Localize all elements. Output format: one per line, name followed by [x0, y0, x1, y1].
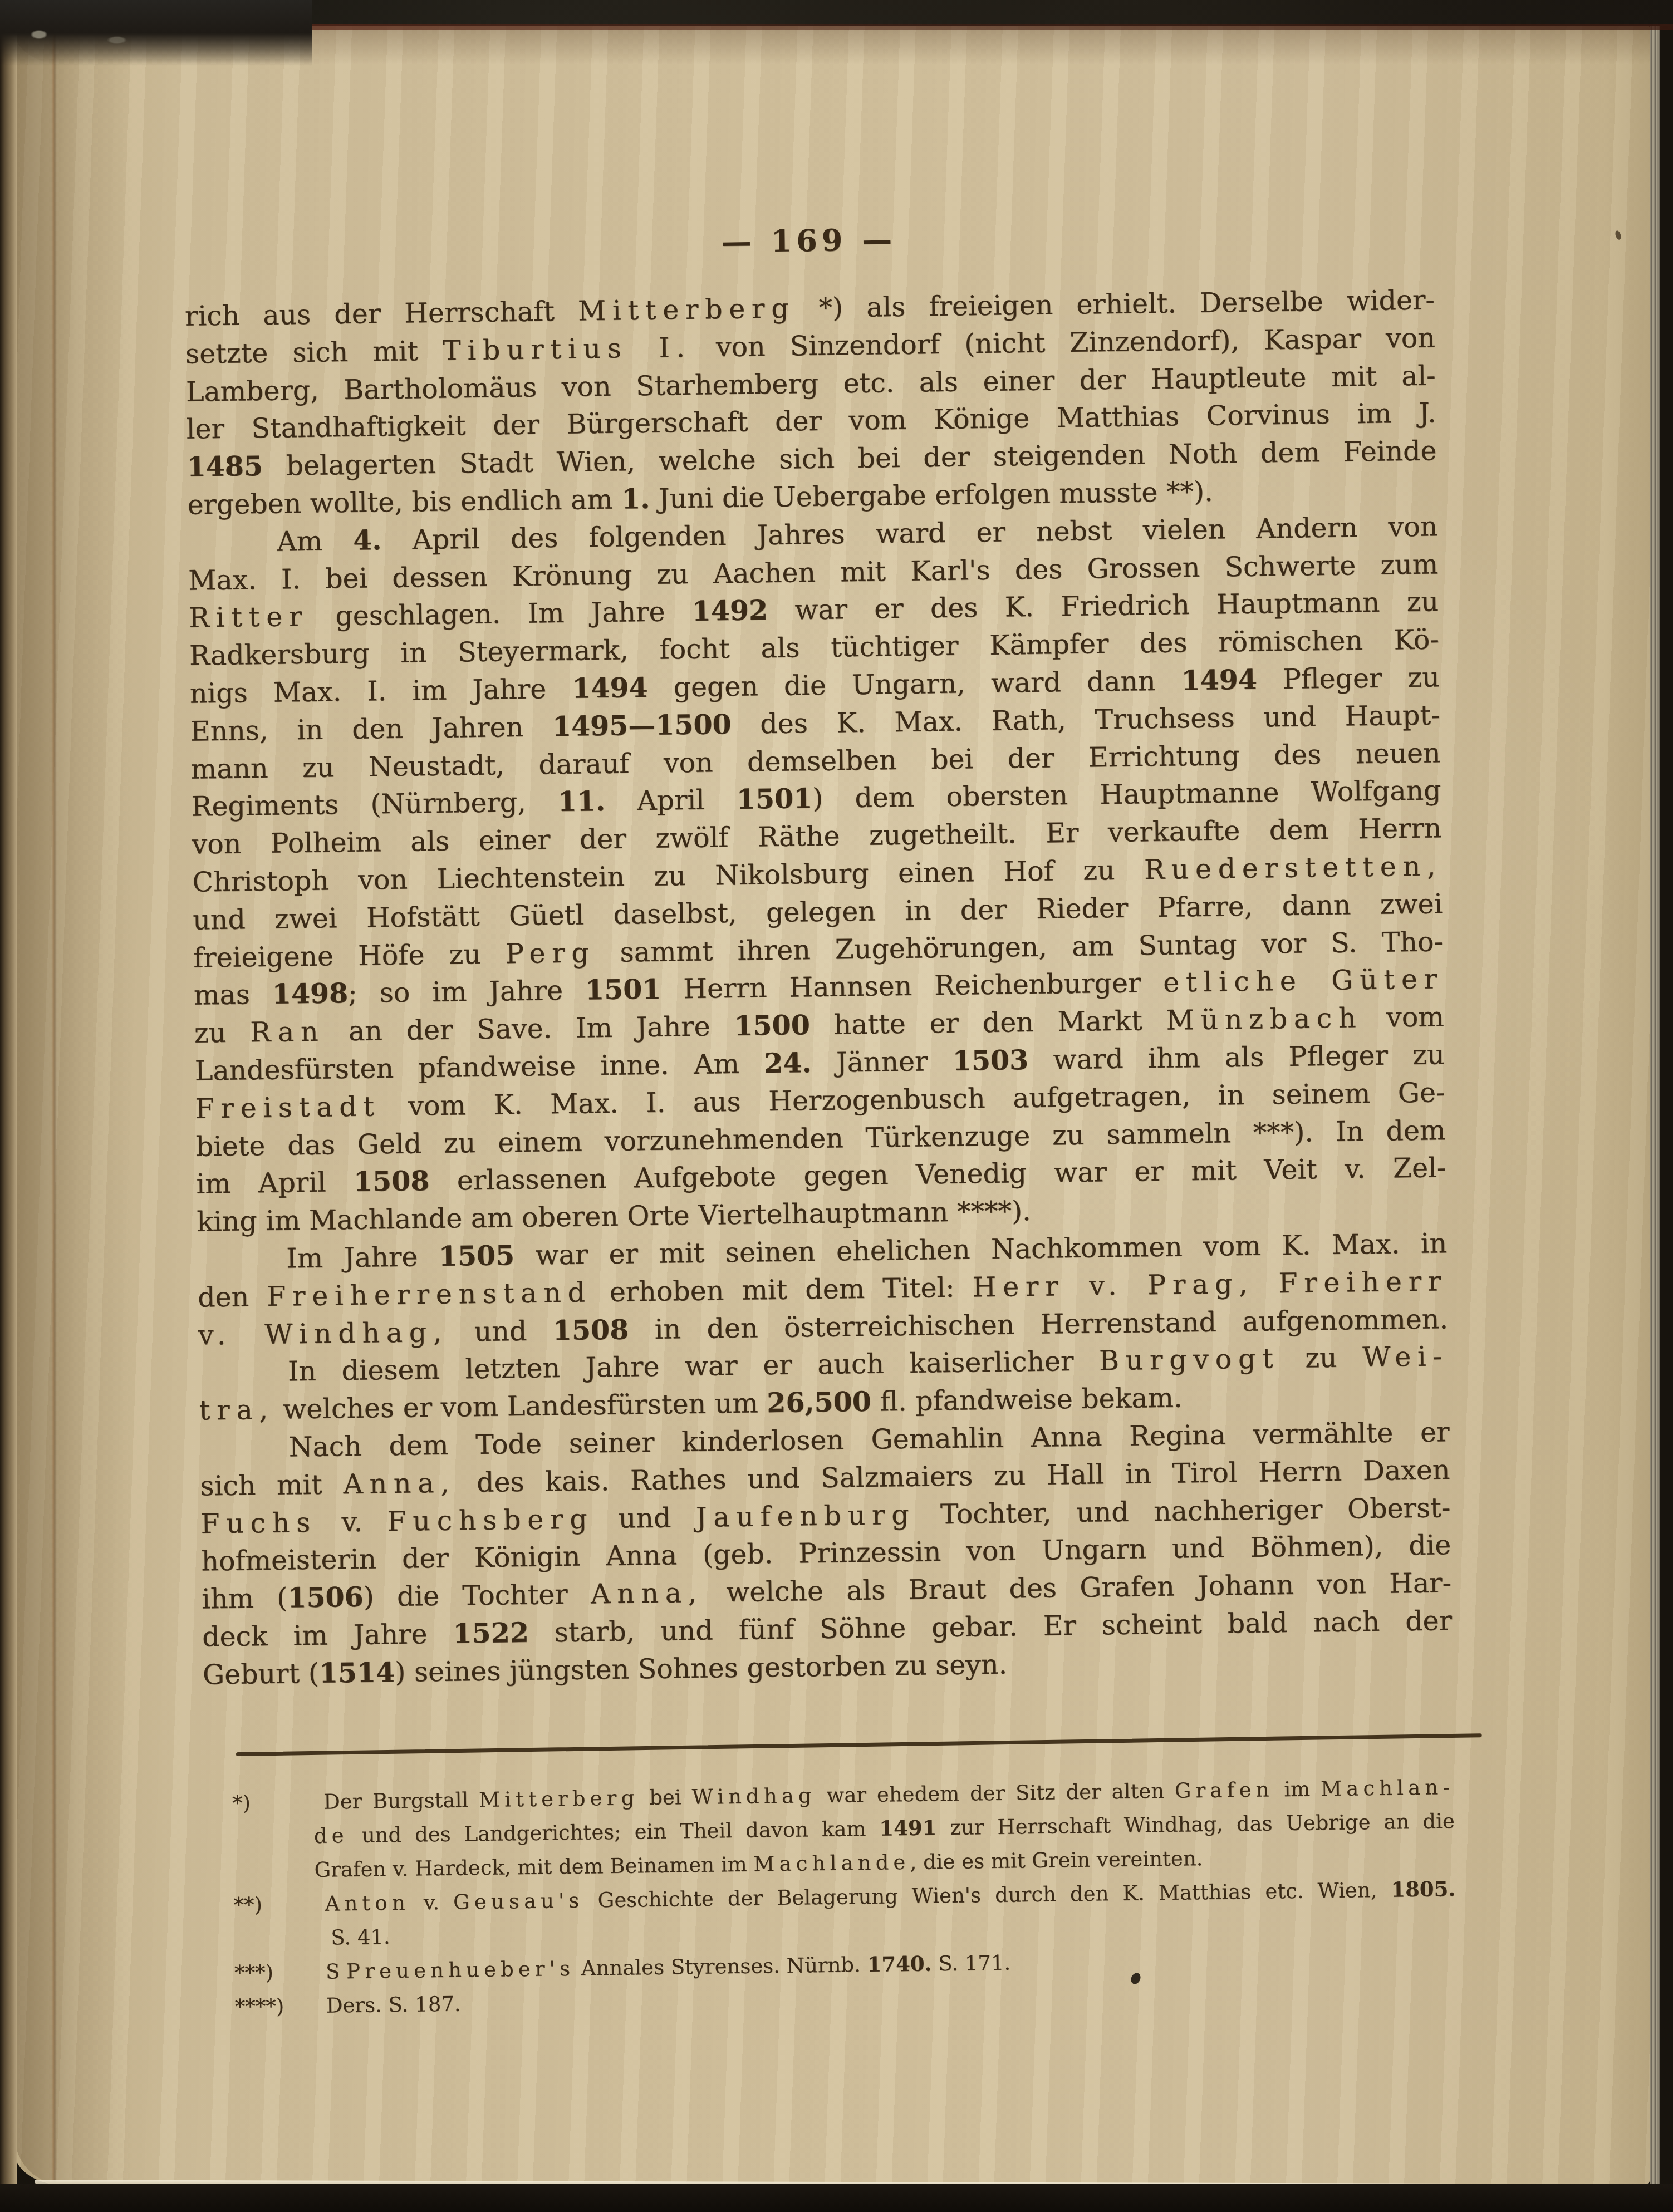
text-run: zur Herrschaft Windhag, das Uebrige an d…: [936, 1810, 1455, 1840]
bold-number: 1485: [187, 450, 263, 483]
letterspaced-text: de: [314, 1824, 349, 1849]
text-run: rich aus der Herrschaft: [185, 296, 578, 332]
letterspaced-text: Anton: [325, 1891, 410, 1916]
gutter-crease: [51, 29, 57, 2182]
text-run: v.: [409, 1890, 453, 1915]
letterspaced-text: Anna,: [343, 1467, 456, 1500]
text-run: ihm (: [202, 1582, 288, 1615]
text-run: sich mit: [200, 1468, 344, 1502]
text-run: und: [448, 1315, 553, 1348]
bold-number: 1501: [585, 973, 661, 1006]
book-scan-page: — 169 — rich aus der Herrschaft Mitterbe…: [0, 0, 1673, 2212]
text-run: Der Burgstall: [323, 1788, 479, 1815]
text-run: April: [605, 784, 737, 817]
text-run: Regiments (Nürnberg,: [191, 786, 558, 823]
text-run: zu: [1279, 1342, 1362, 1375]
bold-number: 1805.: [1391, 1877, 1455, 1903]
text-run: Im Jahre: [286, 1241, 439, 1275]
bold-number: 1494: [1181, 663, 1257, 697]
footnotes: *)Der Burgstall Mitterberg bei Windhag w…: [204, 1771, 1457, 2024]
text-run: Pfleger zu: [1257, 661, 1440, 695]
text-run: ) die Tochter: [363, 1579, 591, 1613]
text-run: im April: [196, 1166, 354, 1200]
bold-number: 1503: [952, 1044, 1028, 1077]
text-run: ) dem obersten Hauptmanne Wolfgang: [812, 775, 1441, 815]
bold-number: 1492: [691, 594, 768, 627]
text-run: ; so im Jahre: [348, 975, 586, 1010]
bold-number: 26,500: [767, 1385, 871, 1419]
letterspaced-text: Ruederstetten,: [1144, 850, 1443, 886]
text-run: S. 41.: [331, 1925, 390, 1950]
text-run: Tochter, und nachheriger Oberst-: [915, 1492, 1451, 1531]
text-run: war er des K. Friedrich Hauptmann zu: [768, 586, 1439, 627]
page-number: — 169 —: [184, 214, 1434, 266]
text-run: ergeben wollte, bis endlich am: [187, 484, 621, 521]
text-run: Grafen v. Hardeck, mit dem Beinamen im: [314, 1852, 753, 1882]
letterspaced-text: Tiburtius I.: [443, 332, 692, 367]
text-run: mas: [194, 979, 272, 1011]
text-run: den: [198, 1281, 267, 1314]
text-run: und: [593, 1501, 696, 1534]
bold-number: 4.: [353, 524, 382, 557]
footnote-rule: [236, 1734, 1482, 1757]
text-run: ) seines jüngsten Sohnes gestorben zu se…: [395, 1648, 1008, 1688]
footnote-marker: ***): [234, 1955, 318, 1990]
text-run: und des Landgerichtes; ein Theil davon k…: [348, 1817, 879, 1847]
letterspaced-text: Geusau's: [453, 1889, 584, 1914]
bold-number: 1491: [879, 1816, 937, 1841]
text-run: war ehedem der Sitz der alten: [816, 1779, 1175, 1807]
text-run: fl. pfandweise bekam.: [871, 1382, 1183, 1418]
letterspaced-text: Windhag: [691, 1784, 816, 1810]
letterspaced-text: Herr v. Prag, Freiherr: [972, 1265, 1448, 1303]
letterspaced-text: Fuchs: [200, 1506, 317, 1540]
bold-number: 1495—1500: [552, 708, 732, 743]
bold-number: 1500: [734, 1009, 810, 1042]
text-run: Annales Styrenses. Nürnb.: [575, 1953, 867, 1980]
text-run: *) als freieigen erhielt. Derselbe wider…: [795, 284, 1435, 324]
text-run: welches er vom Landesfürsten um: [274, 1387, 767, 1425]
page-fore-edge-right: [1650, 22, 1660, 2186]
letterspaced-text: tra,: [199, 1394, 274, 1427]
letterspaced-text: Machlande: [753, 1850, 910, 1876]
text-run: S. 171.: [931, 1951, 1010, 1976]
text-run: hatte er den Markt: [809, 1005, 1166, 1041]
bold-number: 1522: [453, 1616, 529, 1650]
text-run: gegen die Ungarn, ward dann: [647, 665, 1181, 704]
page-content: — 169 — rich aus der Herrschaft Mitterbe…: [181, 16, 1457, 2024]
text-run: vom: [1362, 1001, 1444, 1034]
letterspaced-text: Preuenhueber's: [346, 1957, 575, 1983]
letterspaced-text: Fuchsberg: [387, 1503, 593, 1537]
letterspaced-text: Ran: [250, 1016, 325, 1049]
body-text: rich aus der Herrschaft Mitterberg *) al…: [185, 281, 1453, 1694]
letterspaced-text: Burgvogt: [1099, 1343, 1280, 1377]
text-run: an der Save. Im Jahre: [325, 1010, 734, 1048]
letterspaced-text: Münzbach: [1166, 1002, 1362, 1036]
letterspaced-text: Machlan-: [1321, 1776, 1454, 1801]
letterspaced-text: Freiherrenstand: [267, 1276, 592, 1313]
bold-number: 1508: [552, 1313, 629, 1346]
footnote-marker: *): [232, 1785, 316, 1820]
gutter-shadow: [14, 24, 131, 2185]
text-run: nigs Max. I. im Jahre: [190, 673, 572, 710]
text-run: v.: [317, 1506, 387, 1538]
text-run: bei: [639, 1786, 692, 1810]
bold-number: 1514: [319, 1656, 395, 1689]
bold-number: 1508: [354, 1164, 430, 1198]
text-run: ward ihm als Pfleger zu: [1028, 1039, 1445, 1076]
text-run: setzte sich mit: [185, 335, 443, 370]
text-run: freieigene Höfe zu: [193, 938, 506, 974]
text-run: welche als Braut des Grafen Johann von H…: [703, 1567, 1452, 1609]
bold-number: 11.: [558, 785, 606, 818]
letterspaced-text: Grafen: [1175, 1778, 1274, 1803]
bold-number: 1740.: [867, 1952, 931, 1977]
text-run: Juni die Uebergabe erfolgen musste **).: [650, 476, 1213, 515]
text-run: , die es mit Grein vereinten.: [910, 1847, 1203, 1875]
bold-number: 1.: [621, 483, 650, 515]
text-run: Enns, in den Jahren: [190, 711, 553, 748]
text-run: von Sinzendorf (nicht Zinzendorf), Kaspa…: [691, 322, 1436, 363]
letterspaced-text: v. Windhag,: [198, 1316, 449, 1351]
letterspaced-text: Perg: [506, 937, 596, 970]
text-run: zu: [194, 1016, 251, 1049]
text-run: Herrn Hannsen Reichenburger: [661, 967, 1164, 1005]
footnote-marker: ****): [234, 1989, 318, 2024]
text-run: geschlagen. Im Jahre: [308, 596, 692, 632]
bold-number: 1498: [272, 977, 348, 1010]
letterspaced-text: etliche Güter: [1163, 964, 1444, 999]
text-run: Am: [277, 525, 354, 558]
bold-number: 1494: [572, 671, 648, 705]
letterspaced-text: Jaufenburg: [696, 1498, 916, 1533]
letterspaced-text: Mitterberg: [578, 292, 796, 327]
bold-number: 1505: [438, 1239, 514, 1272]
letterspaced-text: Mitterberg: [479, 1786, 639, 1812]
text-run: Geschichte der Belagerung Wien's durch d…: [583, 1878, 1391, 1913]
text-run: S: [326, 1960, 347, 1984]
letterspaced-text: Freistadt: [195, 1090, 381, 1124]
text-run: Ders. S. 187.: [326, 1992, 461, 2018]
text-run: Landesfürsten pfandweise inne. Am: [195, 1048, 764, 1087]
text-run: des K. Max. Rath, Truchsess und Haupt-: [731, 699, 1440, 740]
page-stack-left-edge: [0, 26, 17, 2185]
bold-number: 1501: [737, 782, 813, 815]
letterspaced-text: Wei-: [1362, 1341, 1449, 1374]
text-run: erhoben mit dem Titel:: [591, 1271, 973, 1308]
text-run: im: [1273, 1777, 1321, 1802]
footnote-marker: **): [233, 1887, 317, 1922]
bold-number: 24.: [764, 1046, 812, 1079]
text-run: deck im Jahre: [202, 1618, 453, 1653]
bold-number: 1506: [287, 1581, 364, 1614]
text-run: Jänner: [811, 1045, 953, 1079]
book-cover-bottom: [0, 2184, 1673, 2212]
letterspaced-text: Anna,: [591, 1577, 704, 1610]
letterspaced-text: Ritter: [189, 601, 309, 634]
text-run: Geburt (: [203, 1658, 320, 1691]
